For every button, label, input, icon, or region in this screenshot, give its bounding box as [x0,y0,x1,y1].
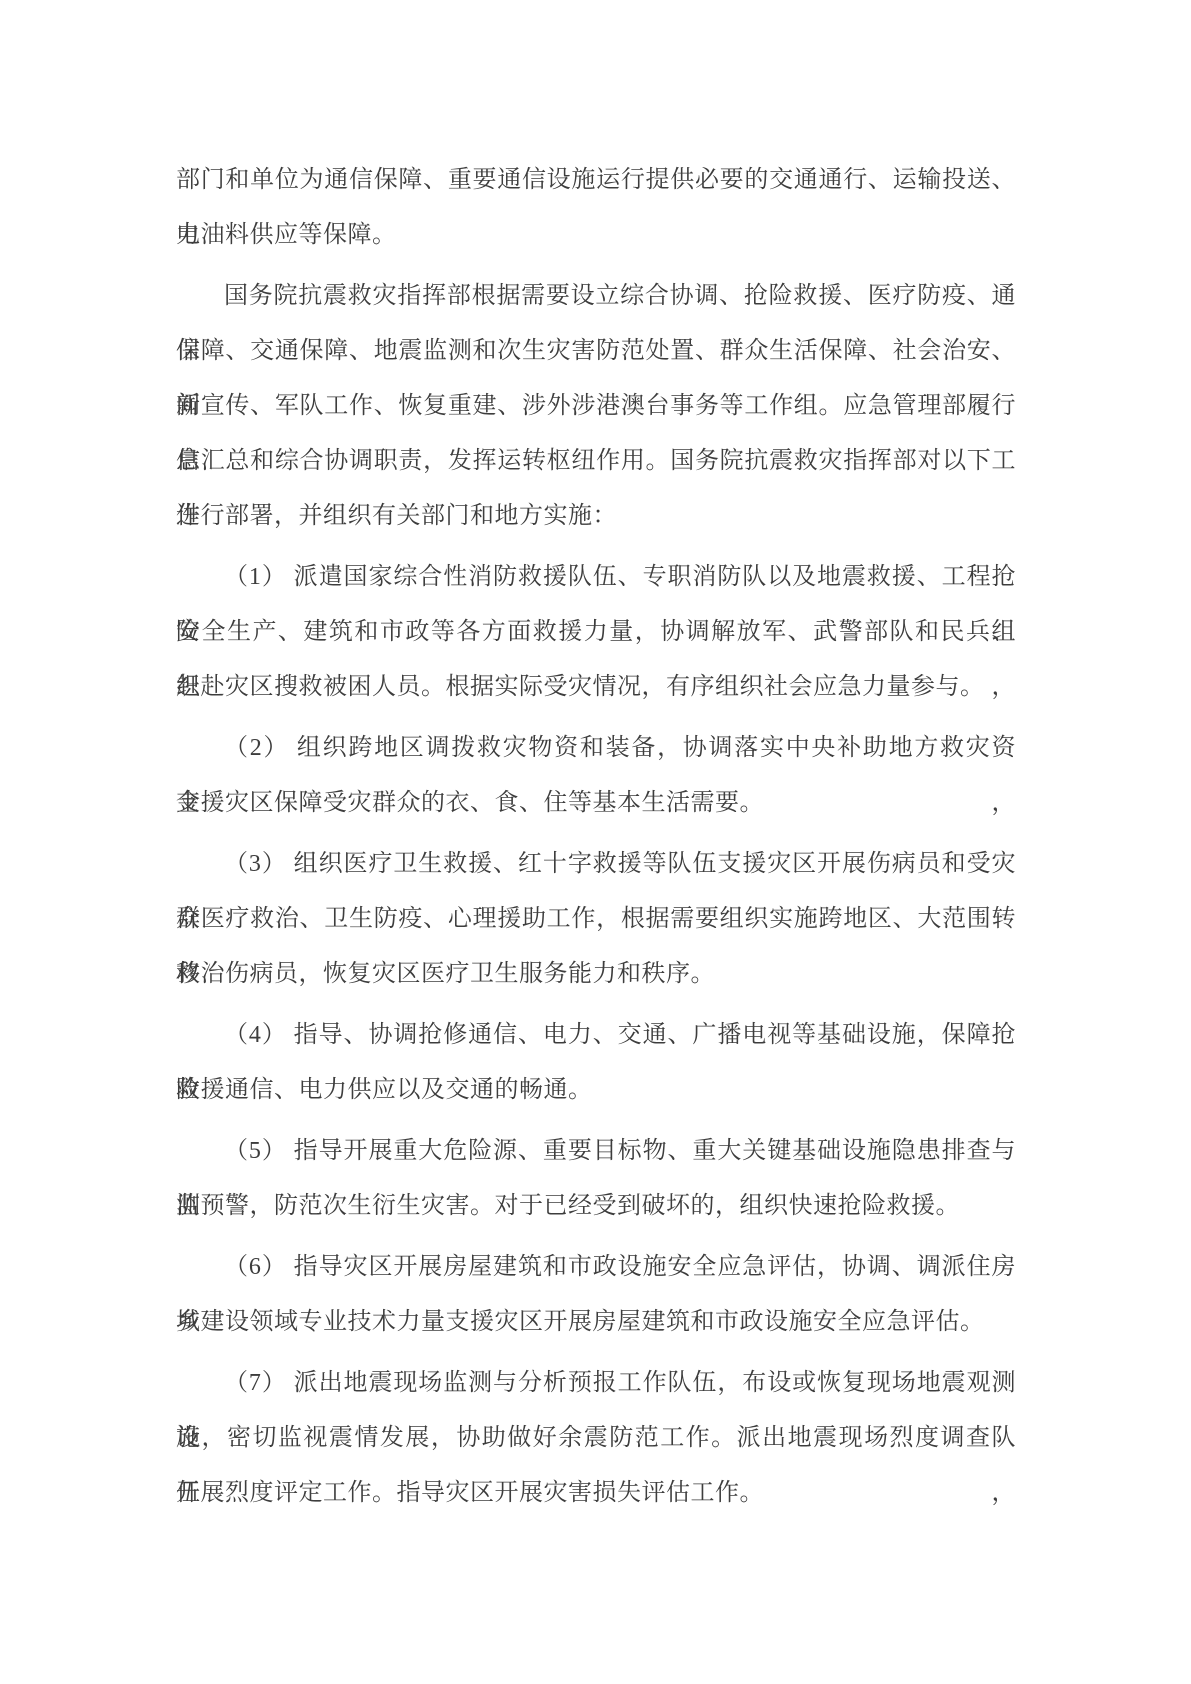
text-line: （5） 指导开展重大危险源、重要目标物、重大关键基础设施隐患排查与监 [176,1124,1016,1179]
text-line: 部门和单位为通信保障、重要通信设施运行提供必要的交通通行、运输投送、电 [176,153,1016,208]
text-line: 施，密切监视震情发展，协助做好余震防范工作。派出地震现场烈度调查队伍， [176,1411,1016,1466]
text-line: 进行部署，并组织有关部门和地方实施： [176,489,1016,544]
text-line: 众医疗救治、卫生防疫、心理援助工作，根据需要组织实施跨地区、大范围转移 [176,892,1016,947]
text-line: 息汇总和综合协调职责，发挥运转枢纽作用。国务院抗震救灾指挥部对以下工作 [176,434,1016,489]
text-line: 救治伤病员，恢复灾区医疗卫生服务能力和秩序。 [176,947,1016,1002]
text-line: 测预警，防范次生衍生灾害。对于已经受到破坏的，组织快速抢险救援。 [176,1179,1016,1234]
text-line: 赶赴灾区搜救被困人员。根据实际受灾情况，有序组织社会应急力量参与。 [176,660,1016,715]
paragraph: （1） 派遣国家综合性消防救援队伍、专职消防队以及地震救援、工程抢险、安全生产、… [176,550,1016,715]
paragraph: 国务院抗震救灾指挥部根据需要设立综合协调、抢险救援、医疗防疫、通信保障、交通保障… [176,269,1016,544]
paragraph: （7） 派出地震现场监测与分析预报工作队伍，布设或恢复现场地震观测设施，密切监视… [176,1356,1016,1521]
text-line: （6） 指导灾区开展房屋建筑和市政设施安全应急评估，协调、调派住房城 [176,1240,1016,1295]
text-line: （3） 组织医疗卫生救援、红十字救援等队伍支援灾区开展伤病员和受灾群 [176,837,1016,892]
paragraph: 部门和单位为通信保障、重要通信设施运行提供必要的交通通行、运输投送、电力油料供应… [176,153,1016,263]
paragraph: （6） 指导灾区开展房屋建筑和市政设施安全应急评估，协调、调派住房城乡建设领域专… [176,1240,1016,1350]
text-line: 乡建设领域专业技术力量支援灾区开展房屋建筑和市政设施安全应急评估。 [176,1295,1016,1350]
text-line: 安全生产、建筑和市政等各方面救援力量，协调解放军、武警部队和民兵组织， [176,605,1016,660]
paragraph: （5） 指导开展重大危险源、重要目标物、重大关键基础设施隐患排查与监测预警，防范… [176,1124,1016,1234]
text-line: 闻宣传、军队工作、恢复重建、涉外涉港澳台事务等工作组。应急管理部履行信 [176,379,1016,434]
text-line: 救援通信、电力供应以及交通的畅通。 [176,1063,1016,1118]
document-body: 部门和单位为通信保障、重要通信设施运行提供必要的交通通行、运输投送、电力油料供应… [176,153,1016,1527]
text-line: （1） 派遣国家综合性消防救援队伍、专职消防队以及地震救援、工程抢险、 [176,550,1016,605]
text-line: （2） 组织跨地区调拨救灾物资和装备，协调落实中央补助地方救灾资金， [176,721,1016,776]
paragraph: （3） 组织医疗卫生救援、红十字救援等队伍支援灾区开展伤病员和受灾群众医疗救治、… [176,837,1016,1002]
text-line: （7） 派出地震现场监测与分析预报工作队伍，布设或恢复现场地震观测设 [176,1356,1016,1411]
text-line: 国务院抗震救灾指挥部根据需要设立综合协调、抢险救援、医疗防疫、通信 [176,269,1016,324]
text-line: 力油料供应等保障。 [176,208,1016,263]
document-page: 部门和单位为通信保障、重要通信设施运行提供必要的交通通行、运输投送、电力油料供应… [0,0,1191,1684]
text-line: 保障、交通保障、地震监测和次生灾害防范处置、群众生活保障、社会治安、新 [176,324,1016,379]
paragraph: （4） 指导、协调抢修通信、电力、交通、广播电视等基础设施，保障抢险救援通信、电… [176,1008,1016,1118]
paragraph: （2） 组织跨地区调拨救灾物资和装备，协调落实中央补助地方救灾资金，支援灾区保障… [176,721,1016,831]
text-line: （4） 指导、协调抢修通信、电力、交通、广播电视等基础设施，保障抢险 [176,1008,1016,1063]
